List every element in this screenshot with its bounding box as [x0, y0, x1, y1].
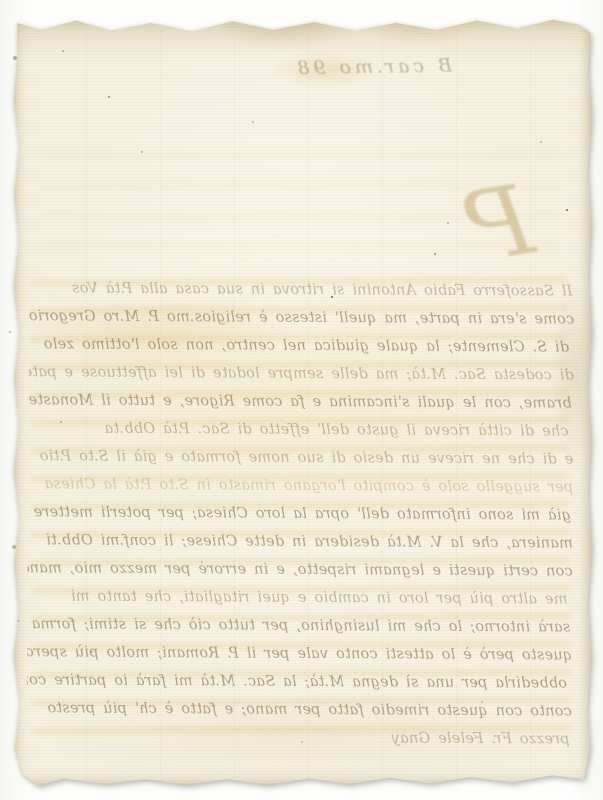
manuscript-line-13: sarà intorno; lo che mi lusinghino, per … [27, 610, 572, 641]
manuscript-line-14: questo però è lo attesti conto vale per … [27, 638, 572, 669]
top-crease-stain [12, 16, 593, 58]
top-wrinkle-shadow [362, 16, 482, 46]
mirrored-heading-docket: B car.mo 98 [274, 54, 452, 79]
manuscript-line-12: me altro più per loro in cambio e quei r… [27, 582, 572, 613]
manuscript-line-7: e di che ne riceve un desio di suo nome … [28, 442, 573, 473]
manuscript-line-6: che di città riceva il gusto dell' effet… [28, 414, 573, 445]
manuscript-line-10: maniera, che la V. M.tà desidera in dett… [28, 526, 573, 557]
top-wrinkle-shadow [207, 18, 357, 52]
manuscript-line-3: di S. Clemente; la quale giudica nel cen… [29, 330, 574, 361]
paper-sheet-shadow: B car.mo 98 P Il Sassoferro Fabio Antoni… [12, 16, 593, 787]
manuscript-line-9: già mi sono informato dell' opra la loro… [28, 498, 573, 529]
manuscript-line-2: come s'era in parte, ma quell' istesso è… [29, 302, 574, 333]
manuscript-line-1: Il Sassoferro Fabio Antonini si ritrova … [29, 274, 574, 305]
paper-sheet: B car.mo 98 P Il Sassoferro Fabio Antoni… [12, 16, 593, 787]
manuscript-line-17: prezzo Fr. Felele Gnay [27, 722, 572, 753]
manuscript-line-5: brame, con le quali s'incamina e fa come… [29, 386, 574, 417]
manuscript-line-16: conto con questo rimedio fatto per mano;… [27, 694, 572, 725]
manuscript-line-4: di codesta Sac. M.tà; ma delle sempre lo… [29, 358, 574, 389]
manuscript-line-8: per suggello solo è compito l'organo rim… [28, 470, 573, 501]
manuscript-line-15: obbedirla per una sì degna M.tà; la Sac.… [27, 666, 572, 697]
foxing-specks [0, 0, 2, 2]
scanned-letter-page: B car.mo 98 P Il Sassoferro Fabio Antoni… [0, 0, 603, 800]
manuscript-line-11: con certi questi e legnami rispetto, e i… [28, 554, 573, 585]
mirrored-letter-text-block: Il Sassoferro Fabio Antonini si ritrova … [27, 274, 575, 753]
